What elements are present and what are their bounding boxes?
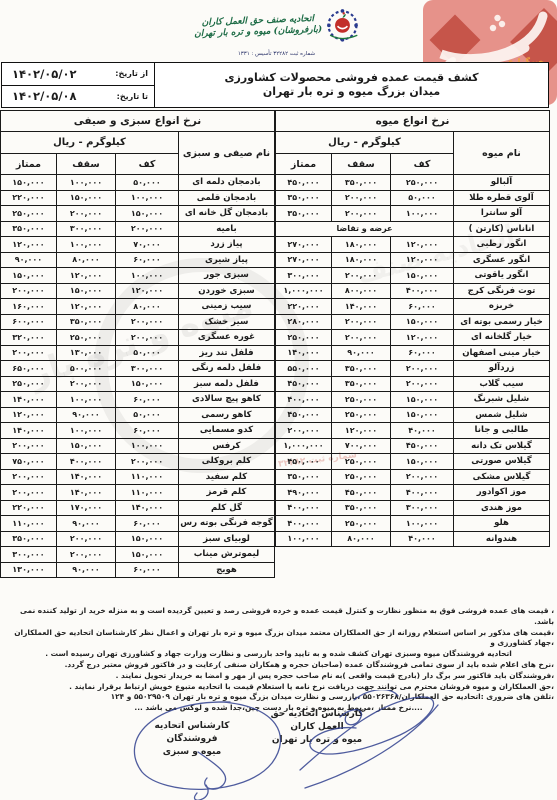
item-name: انگور رطبی bbox=[454, 237, 550, 253]
price-ceiling: ۱۰۰,۰۰۰ bbox=[56, 237, 115, 253]
table-row: سیب گلاب۲۰۰,۰۰۰۳۵۰,۰۰۰۴۵۰,۰۰۰ bbox=[275, 376, 549, 392]
item-name: گوجه فرنگی بوته رس bbox=[178, 516, 274, 532]
table-row: انگور عسگری۱۲۰,۰۰۰۱۸۰,۰۰۰۲۷۰,۰۰۰ bbox=[275, 252, 549, 268]
table-row: انگور یاقوتی۱۵۰,۰۰۰۲۰۰,۰۰۰۳۰۰,۰۰۰ bbox=[275, 268, 549, 284]
price-ceiling: ۲۰۰,۰۰۰ bbox=[332, 190, 391, 206]
price-floor: ۲۰۰,۰۰۰ bbox=[115, 454, 178, 470]
price-ceiling: ۲۰۰,۰۰۰ bbox=[56, 206, 115, 222]
unit-header: کیلوگرم - ریال bbox=[0, 132, 178, 154]
table-row: زردآلو۲۰۰,۰۰۰۳۵۰,۰۰۰۵۵۰,۰۰۰ bbox=[275, 361, 549, 377]
item-name: فلفل تند ریز bbox=[178, 345, 274, 361]
price-premium: ۱۳۰,۰۰۰ bbox=[0, 562, 56, 578]
price-premium: ۲۷۰,۰۰۰ bbox=[275, 252, 331, 268]
price-ceiling: ۱۲۰,۰۰۰ bbox=[56, 268, 115, 284]
item-name: کلم قرمز bbox=[178, 485, 274, 501]
item-name: کلم سفید bbox=[178, 469, 274, 485]
price-ceiling: ۱۵۰,۰۰۰ bbox=[56, 438, 115, 454]
from-date-label: از تاریخ: bbox=[115, 69, 148, 78]
item-name: پیاز شیری bbox=[178, 252, 274, 268]
price-floor: ۱۰۰,۰۰۰ bbox=[115, 438, 178, 454]
table-row: توت فرنگی کرج۴۰۰,۰۰۰۸۰۰,۰۰۰۱,۰۰۰,۰۰۰ bbox=[275, 283, 549, 299]
item-name: سیب زمینی bbox=[178, 299, 274, 315]
price-ceiling: ۹۰,۰۰۰ bbox=[56, 516, 115, 532]
table-row: سیر خشک۲۰۰,۰۰۰۳۵۰,۰۰۰۶۰۰,۰۰۰ bbox=[0, 314, 274, 330]
price-ceiling: ۱۴۰,۰۰۰ bbox=[56, 485, 115, 501]
price-premium: ۲۵۰,۰۰۰ bbox=[0, 206, 56, 222]
item-name: هندوانه bbox=[454, 531, 550, 547]
table-row: کدو مسمایی۶۰,۰۰۰۱۰۰,۰۰۰۱۴۰,۰۰۰ bbox=[0, 423, 274, 439]
price-premium: ۱,۰۰۰,۰۰۰ bbox=[275, 438, 331, 454]
item-name: موز اکوادور bbox=[454, 485, 550, 501]
item-name: آلبالو bbox=[454, 175, 550, 191]
price-premium: ۱۱۰,۰۰۰ bbox=[0, 516, 56, 532]
price-premium: ۱۴۰,۰۰۰ bbox=[0, 423, 56, 439]
item-name: لوبیای سبز bbox=[178, 531, 274, 547]
item-name: اناناس (کارتن ) bbox=[454, 221, 550, 237]
price-premium: ۱,۰۰۰,۰۰۰ bbox=[275, 283, 331, 299]
item-name: شلیل شبرنگ bbox=[454, 392, 550, 408]
table-row: خیار رسمی بوته ای۱۵۰,۰۰۰۲۰۰,۰۰۰۲۸۰,۰۰۰ bbox=[275, 314, 549, 330]
price-floor: ۴۵۰,۰۰۰ bbox=[391, 438, 454, 454]
table-row: موز هندی۳۰۰,۰۰۰۳۵۰,۰۰۰۴۰۰,۰۰۰ bbox=[275, 500, 549, 516]
price-premium: ۲۰۰,۰۰۰ bbox=[0, 283, 56, 299]
price-floor: ۲۰۰,۰۰۰ bbox=[115, 330, 178, 346]
price-ceiling: ۱۰۰,۰۰۰ bbox=[56, 423, 115, 439]
price-ceiling: ۱۴۰,۰۰۰ bbox=[332, 299, 391, 315]
item-name: کاهو پیچ سالادی bbox=[178, 392, 274, 408]
price-premium: ۴۵۰,۰۰۰ bbox=[275, 454, 331, 470]
price-ceiling: ۹۰,۰۰۰ bbox=[56, 562, 115, 578]
price-ceiling: ۹۰,۰۰۰ bbox=[332, 345, 391, 361]
item-name: موز هندی bbox=[454, 500, 550, 516]
price-floor: ۱۰۰,۰۰۰ bbox=[115, 190, 178, 206]
price-premium: ۳۵۰,۰۰۰ bbox=[0, 221, 56, 237]
price-premium: ۳۵۰,۰۰۰ bbox=[275, 469, 331, 485]
price-ceiling: ۸۰,۰۰۰ bbox=[332, 531, 391, 547]
price-floor: ۱۴۰,۰۰۰ bbox=[115, 500, 178, 516]
table-row: خیار مینی اصفهان۶۰,۰۰۰۹۰,۰۰۰۱۴۰,۰۰۰ bbox=[275, 345, 549, 361]
price-ceiling: ۲۰۰,۰۰۰ bbox=[332, 314, 391, 330]
table-row: طالبی و جانا۴۰,۰۰۰۱۲۰,۰۰۰۲۰۰,۰۰۰ bbox=[275, 423, 549, 439]
price-ceiling: ۲۵۰,۰۰۰ bbox=[332, 407, 391, 423]
table-row: کاهو رسمی۵۰,۰۰۰۹۰,۰۰۰۱۲۰,۰۰۰ bbox=[0, 407, 274, 423]
price-floor: ۱۵۰,۰۰۰ bbox=[391, 407, 454, 423]
price-premium: ۳۵۰,۰۰۰ bbox=[275, 206, 331, 222]
ceiling-header: سقف bbox=[56, 154, 115, 175]
price-premium: ۳۲۰,۰۰۰ bbox=[0, 330, 56, 346]
table-row: لوبیای سبز۱۵۰,۰۰۰۲۰۰,۰۰۰۳۵۰,۰۰۰ bbox=[0, 531, 274, 547]
price-ceiling: ۲۵۰,۰۰۰ bbox=[56, 330, 115, 346]
item-name: کاهو رسمی bbox=[178, 407, 274, 423]
item-name: بادمجان دلمه ای bbox=[178, 175, 274, 191]
price-floor: ۳۰۰,۰۰۰ bbox=[391, 500, 454, 516]
price-premium: ۲۵۰,۰۰۰ bbox=[275, 330, 331, 346]
item-name: خیار رسمی بوته ای bbox=[454, 314, 550, 330]
price-ceiling: ۳۵۰,۰۰۰ bbox=[332, 361, 391, 377]
price-ceiling: ۳۵۰,۰۰۰ bbox=[56, 314, 115, 330]
org-name: اتحادیه صنف حق العمل کاران (بارفروشان) م… bbox=[194, 14, 323, 40]
price-premium: ۱۴۰,۰۰۰ bbox=[0, 392, 56, 408]
item-name: سبزی خوردن bbox=[178, 283, 274, 299]
floor-header: کف bbox=[115, 154, 178, 175]
floor-header: کف bbox=[391, 154, 454, 175]
table-row: گیلاس صورتی۱۵۰,۰۰۰۲۵۰,۰۰۰۴۵۰,۰۰۰ bbox=[275, 454, 549, 470]
price-floor: ۵۰,۰۰۰ bbox=[115, 345, 178, 361]
price-premium: ۴۰۰,۰۰۰ bbox=[275, 392, 331, 408]
table-row: اناناس (کارتن )عرضه و تقاضا bbox=[275, 221, 549, 237]
table-row: لیموترش میناب۱۵۰,۰۰۰۲۰۰,۰۰۰۳۰۰,۰۰۰ bbox=[0, 547, 274, 563]
price-floor: ۱۵۰,۰۰۰ bbox=[115, 547, 178, 563]
table-row: خیار گلخانه ای۱۲۰,۰۰۰۲۰۰,۰۰۰۲۵۰,۰۰۰ bbox=[275, 330, 549, 346]
price-ceiling: ۲۰۰,۰۰۰ bbox=[56, 376, 115, 392]
price-floor: ۵۰,۰۰۰ bbox=[115, 175, 178, 191]
price-floor: ۶۰,۰۰۰ bbox=[115, 562, 178, 578]
price-floor: ۶۰,۰۰۰ bbox=[115, 392, 178, 408]
price-floor: ۴۰,۰۰۰ bbox=[391, 531, 454, 547]
price-premium: ۴۹۰,۰۰۰ bbox=[275, 485, 331, 501]
price-floor: ۵۰,۰۰۰ bbox=[391, 190, 454, 206]
price-floor: ۱۱۰,۰۰۰ bbox=[115, 485, 178, 501]
vegetable-price-table: نرخ انواع سبزی و صیفی نام صیفی و سبزی کی… bbox=[0, 110, 275, 578]
price-ceiling: ۲۵۰,۰۰۰ bbox=[332, 516, 391, 532]
table-row: پیاز شیری۶۰,۰۰۰۸۰,۰۰۰۹۰,۰۰۰ bbox=[0, 252, 274, 268]
price-floor: ۲۰۰,۰۰۰ bbox=[391, 376, 454, 392]
table-row: فلفل دلمه رنگی۳۰۰,۰۰۰۵۰۰,۰۰۰۶۵۰,۰۰۰ bbox=[0, 361, 274, 377]
table-row: بادمجان گل خانه ای۱۵۰,۰۰۰۲۰۰,۰۰۰۲۵۰,۰۰۰ bbox=[0, 206, 274, 222]
table-row: کلم بروکلی۲۰۰,۰۰۰۴۰۰,۰۰۰۷۵۰,۰۰۰ bbox=[0, 454, 274, 470]
price-floor: ۱۱۰,۰۰۰ bbox=[115, 469, 178, 485]
price-floor: ۱۰۰,۰۰۰ bbox=[391, 206, 454, 222]
item-name: بادمجان گل خانه ای bbox=[178, 206, 274, 222]
item-name: کلم بروکلی bbox=[178, 454, 274, 470]
table-row: پیاز زرد۷۰,۰۰۰۱۰۰,۰۰۰۱۲۰,۰۰۰ bbox=[0, 237, 274, 253]
note-line: ،نرخ های اعلام شده باید از سوی تمامی فرو… bbox=[3, 660, 554, 671]
price-floor: ۱۲۰,۰۰۰ bbox=[391, 330, 454, 346]
premium-header: ممتاز bbox=[275, 154, 331, 175]
price-ceiling: ۱۸۰,۰۰۰ bbox=[332, 237, 391, 253]
price-floor: ۱۵۰,۰۰۰ bbox=[391, 314, 454, 330]
table-row: غوره عسگری۲۰۰,۰۰۰۲۵۰,۰۰۰۳۲۰,۰۰۰ bbox=[0, 330, 274, 346]
item-name: فلفل دلمه سبز bbox=[178, 376, 274, 392]
price-ceiling: ۲۰۰,۰۰۰ bbox=[332, 206, 391, 222]
price-premium: ۲۰۰,۰۰۰ bbox=[275, 423, 331, 439]
price-floor: ۱۲۰,۰۰۰ bbox=[391, 237, 454, 253]
price-ceiling: ۳۵۰,۰۰۰ bbox=[332, 500, 391, 516]
price-premium: ۱۴۰,۰۰۰ bbox=[275, 345, 331, 361]
item-name: خربزه bbox=[454, 299, 550, 315]
signature-area: کارشناس اتحادیه حق العمل کاران میوه و تر… bbox=[0, 690, 557, 800]
price-premium: ۴۰۰,۰۰۰ bbox=[275, 516, 331, 532]
item-name: انگور عسگری bbox=[454, 252, 550, 268]
price-ceiling: ۴۰۰,۰۰۰ bbox=[56, 454, 115, 470]
price-ceiling: ۱۲۰,۰۰۰ bbox=[332, 423, 391, 439]
item-name: گل کلم bbox=[178, 500, 274, 516]
table-row: آلو سانترا۱۰۰,۰۰۰۲۰۰,۰۰۰۳۵۰,۰۰۰ bbox=[275, 206, 549, 222]
item-name: غوره عسگری bbox=[178, 330, 274, 346]
note-line: ،قیمت های مذکور بر اساس استعلام روزانه ا… bbox=[3, 628, 554, 650]
price-floor: ۲۰۰,۰۰۰ bbox=[391, 361, 454, 377]
item-name: گیلاس صورتی bbox=[454, 454, 550, 470]
price-floor: ۵۰,۰۰۰ bbox=[115, 407, 178, 423]
item-name: آلو سانترا bbox=[454, 206, 550, 222]
price-premium: ۱۵۰,۰۰۰ bbox=[0, 175, 56, 191]
price-premium: ۹۰,۰۰۰ bbox=[0, 252, 56, 268]
price-premium: ۳۵۰,۰۰۰ bbox=[0, 531, 56, 547]
price-floor: ۶۰,۰۰۰ bbox=[115, 252, 178, 268]
table-row: هلو۱۰۰,۰۰۰۲۵۰,۰۰۰۴۰۰,۰۰۰ bbox=[275, 516, 549, 532]
table-row: خربزه۶۰,۰۰۰۱۴۰,۰۰۰۲۲۰,۰۰۰ bbox=[275, 299, 549, 315]
union-logo-block: اتحادیه صنف حق العمل کاران (بارفروشان) م… bbox=[194, 4, 359, 57]
price-premium: ۱۶۰,۰۰۰ bbox=[0, 299, 56, 315]
price-premium: ۲۰۰,۰۰۰ bbox=[0, 438, 56, 454]
price-ceiling: ۳۰۰,۰۰۰ bbox=[56, 221, 115, 237]
price-ceiling: ۳۵۰,۰۰۰ bbox=[332, 175, 391, 191]
tasnim-diamond-icon bbox=[430, 15, 481, 66]
price-floor: ۶۰,۰۰۰ bbox=[115, 516, 178, 532]
price-ceiling: ۲۵۰,۰۰۰ bbox=[332, 392, 391, 408]
table-row: کلم قرمز۱۱۰,۰۰۰۱۴۰,۰۰۰۲۰۰,۰۰۰ bbox=[0, 485, 274, 501]
price-premium: ۲۲۰,۰۰۰ bbox=[0, 500, 56, 516]
note-line: ،فروشندگان باید فاکتور سر برگ دار (بادرج… bbox=[3, 671, 554, 682]
table-row: گوجه فرنگی بوته رس۶۰,۰۰۰۹۰,۰۰۰۱۱۰,۰۰۰ bbox=[0, 516, 274, 532]
price-ceiling: ۲۰۰,۰۰۰ bbox=[332, 330, 391, 346]
price-ceiling: ۱۳۰,۰۰۰ bbox=[56, 345, 115, 361]
item-name: هلو bbox=[454, 516, 550, 532]
price-premium: ۲۷۰,۰۰۰ bbox=[275, 237, 331, 253]
price-ceiling: ۸۰۰,۰۰۰ bbox=[332, 283, 391, 299]
price-floor: ۴۰,۰۰۰ bbox=[391, 423, 454, 439]
veg-name-header: نام صیفی و سبزی bbox=[178, 132, 274, 175]
fruit-name-header: نام میوه bbox=[454, 132, 550, 175]
price-ceiling: ۲۰۰,۰۰۰ bbox=[56, 547, 115, 563]
table-row: فلفل دلمه سبز۱۵۰,۰۰۰۲۰۰,۰۰۰۲۵۰,۰۰۰ bbox=[0, 376, 274, 392]
price-premium: ۵۵۰,۰۰۰ bbox=[275, 361, 331, 377]
price-premium: ۱۵۰,۰۰۰ bbox=[0, 268, 56, 284]
ceiling-header: سقف bbox=[332, 154, 391, 175]
item-name: سیب گلاب bbox=[454, 376, 550, 392]
table-row: گیلاس مشکی۲۰۰,۰۰۰۲۵۰,۰۰۰۳۵۰,۰۰۰ bbox=[275, 469, 549, 485]
item-name: بادمجان قلمی bbox=[178, 190, 274, 206]
price-premium: ۴۵۰,۰۰۰ bbox=[275, 175, 331, 191]
price-floor: ۱۵۰,۰۰۰ bbox=[391, 268, 454, 284]
table-row: فلفل تند ریز۵۰,۰۰۰۱۳۰,۰۰۰۲۰۰,۰۰۰ bbox=[0, 345, 274, 361]
price-ceiling: ۲۰۰,۰۰۰ bbox=[56, 531, 115, 547]
table-row: گیلاس تک دانه۴۵۰,۰۰۰۷۰۰,۰۰۰۱,۰۰۰,۰۰۰ bbox=[275, 438, 549, 454]
date-range: از تاریخ: ۱۴۰۲/۰۵/۰۲ تا تاریخ: ۱۴۰۲/۰۵/۰… bbox=[2, 63, 154, 107]
item-name: پیاز زرد bbox=[178, 237, 274, 253]
price-premium: ۱۲۰,۰۰۰ bbox=[0, 237, 56, 253]
item-name: گیلاس تک دانه bbox=[454, 438, 550, 454]
price-ceiling: ۱۸۰,۰۰۰ bbox=[332, 252, 391, 268]
price-floor: ۱۲۰,۰۰۰ bbox=[115, 283, 178, 299]
org-registry: شماره ثبت ۳۲۲۸۲ تأسیس : ۱۳۳۱ bbox=[194, 51, 359, 57]
table-row: انگور رطبی۱۲۰,۰۰۰۱۸۰,۰۰۰۲۷۰,۰۰۰ bbox=[275, 237, 549, 253]
table-row: بامیه۲۰۰,۰۰۰۳۰۰,۰۰۰۳۵۰,۰۰۰ bbox=[0, 221, 274, 237]
item-name: سبزی جور bbox=[178, 268, 274, 284]
price-floor: ۱۵۰,۰۰۰ bbox=[115, 206, 178, 222]
table-row: سبزی جور۱۰۰,۰۰۰۱۲۰,۰۰۰۱۵۰,۰۰۰ bbox=[0, 268, 274, 284]
veg-section-title: نرخ انواع سبزی و صیفی bbox=[0, 111, 274, 132]
price-premium: ۲۰۰,۰۰۰ bbox=[0, 469, 56, 485]
to-date-label: تا تاریخ: bbox=[117, 92, 148, 101]
price-floor: ۶۰,۰۰۰ bbox=[115, 423, 178, 439]
price-ceiling: ۱۰۰,۰۰۰ bbox=[56, 392, 115, 408]
price-premium: ۲۵۰,۰۰۰ bbox=[0, 376, 56, 392]
to-date-row: تا تاریخ: ۱۴۰۲/۰۵/۰۸ bbox=[2, 85, 154, 108]
premium-header: ممتاز bbox=[0, 154, 56, 175]
table-row: کرفس۱۰۰,۰۰۰۱۵۰,۰۰۰۲۰۰,۰۰۰ bbox=[0, 438, 274, 454]
price-floor: ۶۰,۰۰۰ bbox=[391, 299, 454, 315]
price-ceiling: ۱۴۰,۰۰۰ bbox=[56, 469, 115, 485]
price-floor: ۸۰,۰۰۰ bbox=[115, 299, 178, 315]
item-name: انگور یاقوتی bbox=[454, 268, 550, 284]
price-floor: ۱۵۰,۰۰۰ bbox=[115, 376, 178, 392]
item-name: زردآلو bbox=[454, 361, 550, 377]
table-row: شلیل شبرنگ۱۵۰,۰۰۰۲۵۰,۰۰۰۴۰۰,۰۰۰ bbox=[275, 392, 549, 408]
item-name: طالبی و جانا bbox=[454, 423, 550, 439]
price-floor: ۱۲۰,۰۰۰ bbox=[391, 252, 454, 268]
item-name: بامیه bbox=[178, 221, 274, 237]
price-premium: ۲۲۰,۰۰۰ bbox=[0, 190, 56, 206]
supply-demand-note: عرضه و تقاضا bbox=[275, 221, 453, 237]
table-row: آلوی قطره طلا۵۰,۰۰۰۲۰۰,۰۰۰۳۵۰,۰۰۰ bbox=[275, 190, 549, 206]
price-ceiling: ۱۲۰,۰۰۰ bbox=[56, 299, 115, 315]
note-line: اتحادیه فروشندگان میوه وسبزی تهران کشف ش… bbox=[3, 649, 554, 660]
price-ceiling: ۱۷۰,۰۰۰ bbox=[56, 500, 115, 516]
note-line: ، قیمت های عمده فروشی فوق به منظور نظارت… bbox=[3, 606, 554, 628]
item-name: خیار گلخانه ای bbox=[454, 330, 550, 346]
signature-ink-icon bbox=[0, 690, 557, 800]
price-ceiling: ۲۰۰,۰۰۰ bbox=[332, 268, 391, 284]
price-floor: ۱۰۰,۰۰۰ bbox=[391, 516, 454, 532]
price-floor: ۷۰,۰۰۰ bbox=[115, 237, 178, 253]
table-row: گل کلم۱۴۰,۰۰۰۱۷۰,۰۰۰۲۲۰,۰۰۰ bbox=[0, 500, 274, 516]
table-row: شلیل شمس۱۵۰,۰۰۰۲۵۰,۰۰۰۴۵۰,۰۰۰ bbox=[275, 407, 549, 423]
price-premium: ۴۵۰,۰۰۰ bbox=[275, 407, 331, 423]
price-premium: ۲۸۰,۰۰۰ bbox=[275, 314, 331, 330]
price-floor: ۲۵۰,۰۰۰ bbox=[391, 175, 454, 191]
price-premium: ۲۰۰,۰۰۰ bbox=[0, 345, 56, 361]
price-premium: ۳۰۰,۰۰۰ bbox=[275, 268, 331, 284]
price-premium: ۶۵۰,۰۰۰ bbox=[0, 361, 56, 377]
price-ceiling: ۱۵۰,۰۰۰ bbox=[56, 283, 115, 299]
price-floor: ۱۰۰,۰۰۰ bbox=[115, 268, 178, 284]
scanned-price-list-document: میوه و تره بار اتحادیه صنف شماره ثبت ۳۲۲… bbox=[0, 0, 557, 800]
item-name: کرفس bbox=[178, 438, 274, 454]
price-ceiling: ۱۰۰,۰۰۰ bbox=[56, 175, 115, 191]
price-premium: ۴۵۰,۰۰۰ bbox=[275, 376, 331, 392]
price-floor: ۴۰۰,۰۰۰ bbox=[391, 283, 454, 299]
price-premium: ۶۰۰,۰۰۰ bbox=[0, 314, 56, 330]
table-row: هندوانه۴۰,۰۰۰۸۰,۰۰۰۱۰۰,۰۰۰ bbox=[275, 531, 549, 547]
price-premium: ۲۲۰,۰۰۰ bbox=[275, 299, 331, 315]
price-premium: ۲۰۰,۰۰۰ bbox=[0, 485, 56, 501]
from-date-row: از تاریخ: ۱۴۰۲/۰۵/۰۲ bbox=[2, 63, 154, 85]
price-premium: ۱۲۰,۰۰۰ bbox=[0, 407, 56, 423]
price-ceiling: ۹۰,۰۰۰ bbox=[56, 407, 115, 423]
price-floor: ۱۵۰,۰۰۰ bbox=[115, 531, 178, 547]
table-row: کاهو پیچ سالادی۶۰,۰۰۰۱۰۰,۰۰۰۱۴۰,۰۰۰ bbox=[0, 392, 274, 408]
item-name: کدو مسمایی bbox=[178, 423, 274, 439]
price-premium: ۷۵۰,۰۰۰ bbox=[0, 454, 56, 470]
item-name: توت فرنگی کرج bbox=[454, 283, 550, 299]
price-ceiling: ۴۵۰,۰۰۰ bbox=[332, 485, 391, 501]
item-name: خیار مینی اصفهان bbox=[454, 345, 550, 361]
price-floor: ۲۰۰,۰۰۰ bbox=[115, 221, 178, 237]
table-row: بادمجان قلمی۱۰۰,۰۰۰۱۵۰,۰۰۰۲۲۰,۰۰۰ bbox=[0, 190, 274, 206]
price-floor: ۲۰۰,۰۰۰ bbox=[115, 314, 178, 330]
price-floor: ۶۰,۰۰۰ bbox=[391, 345, 454, 361]
price-ceiling: ۲۵۰,۰۰۰ bbox=[332, 469, 391, 485]
fruit-section-title: نرخ انواع میوه bbox=[275, 111, 549, 132]
document-title: کشف قیمت عمده فروشی محصولات کشاورزی میدا… bbox=[154, 63, 548, 107]
price-premium: ۴۰۰,۰۰۰ bbox=[275, 500, 331, 516]
table-row: کلم سفید۱۱۰,۰۰۰۱۴۰,۰۰۰۲۰۰,۰۰۰ bbox=[0, 469, 274, 485]
document-header: کشف قیمت عمده فروشی محصولات کشاورزی میدا… bbox=[1, 62, 549, 108]
item-name: فلفل دلمه رنگی bbox=[178, 361, 274, 377]
price-floor: ۱۵۰,۰۰۰ bbox=[391, 454, 454, 470]
item-name: هویج bbox=[178, 562, 274, 578]
table-row: هویج۶۰,۰۰۰۹۰,۰۰۰۱۳۰,۰۰۰ bbox=[0, 562, 274, 578]
price-ceiling: ۲۵۰,۰۰۰ bbox=[332, 454, 391, 470]
union-emblem-icon bbox=[326, 4, 359, 50]
table-row: سیب زمینی۸۰,۰۰۰۱۲۰,۰۰۰۱۶۰,۰۰۰ bbox=[0, 299, 274, 315]
price-floor: ۲۰۰,۰۰۰ bbox=[391, 469, 454, 485]
fruit-price-table: نرخ انواع میوه نام میوه کیلوگرم - ریال ک… bbox=[275, 110, 550, 547]
price-floor: ۴۰۰,۰۰۰ bbox=[391, 485, 454, 501]
item-name: لیموترش میناب bbox=[178, 547, 274, 563]
price-ceiling: ۱۵۰,۰۰۰ bbox=[56, 190, 115, 206]
table-row: آلبالو۲۵۰,۰۰۰۳۵۰,۰۰۰۴۵۰,۰۰۰ bbox=[275, 175, 549, 191]
item-name: سیر خشک bbox=[178, 314, 274, 330]
item-name: گیلاس مشکی bbox=[454, 469, 550, 485]
price-floor: ۳۰۰,۰۰۰ bbox=[115, 361, 178, 377]
table-row: بادمجان دلمه ای۵۰,۰۰۰۱۰۰,۰۰۰۱۵۰,۰۰۰ bbox=[0, 175, 274, 191]
unit-header: کیلوگرم - ریال bbox=[275, 132, 453, 154]
item-name: شلیل شمس bbox=[454, 407, 550, 423]
price-ceiling: ۵۰۰,۰۰۰ bbox=[56, 361, 115, 377]
price-ceiling: ۸۰,۰۰۰ bbox=[56, 252, 115, 268]
price-premium: ۱۰۰,۰۰۰ bbox=[275, 531, 331, 547]
price-tables: نرخ انواع میوه نام میوه کیلوگرم - ریال ک… bbox=[1, 110, 550, 578]
price-premium: ۳۰۰,۰۰۰ bbox=[0, 547, 56, 563]
price-ceiling: ۷۰۰,۰۰۰ bbox=[332, 438, 391, 454]
item-name: آلوی قطره طلا bbox=[454, 190, 550, 206]
from-date-value: ۱۴۰۲/۰۵/۰۲ bbox=[12, 67, 77, 81]
table-row: موز اکوادور۴۰۰,۰۰۰۴۵۰,۰۰۰۴۹۰,۰۰۰ bbox=[275, 485, 549, 501]
price-premium: ۳۵۰,۰۰۰ bbox=[275, 190, 331, 206]
price-floor: ۱۵۰,۰۰۰ bbox=[391, 392, 454, 408]
price-ceiling: ۳۵۰,۰۰۰ bbox=[332, 376, 391, 392]
table-row: سبزی خوردن۱۲۰,۰۰۰۱۵۰,۰۰۰۲۰۰,۰۰۰ bbox=[0, 283, 274, 299]
to-date-value: ۱۴۰۲/۰۵/۰۸ bbox=[12, 89, 77, 103]
